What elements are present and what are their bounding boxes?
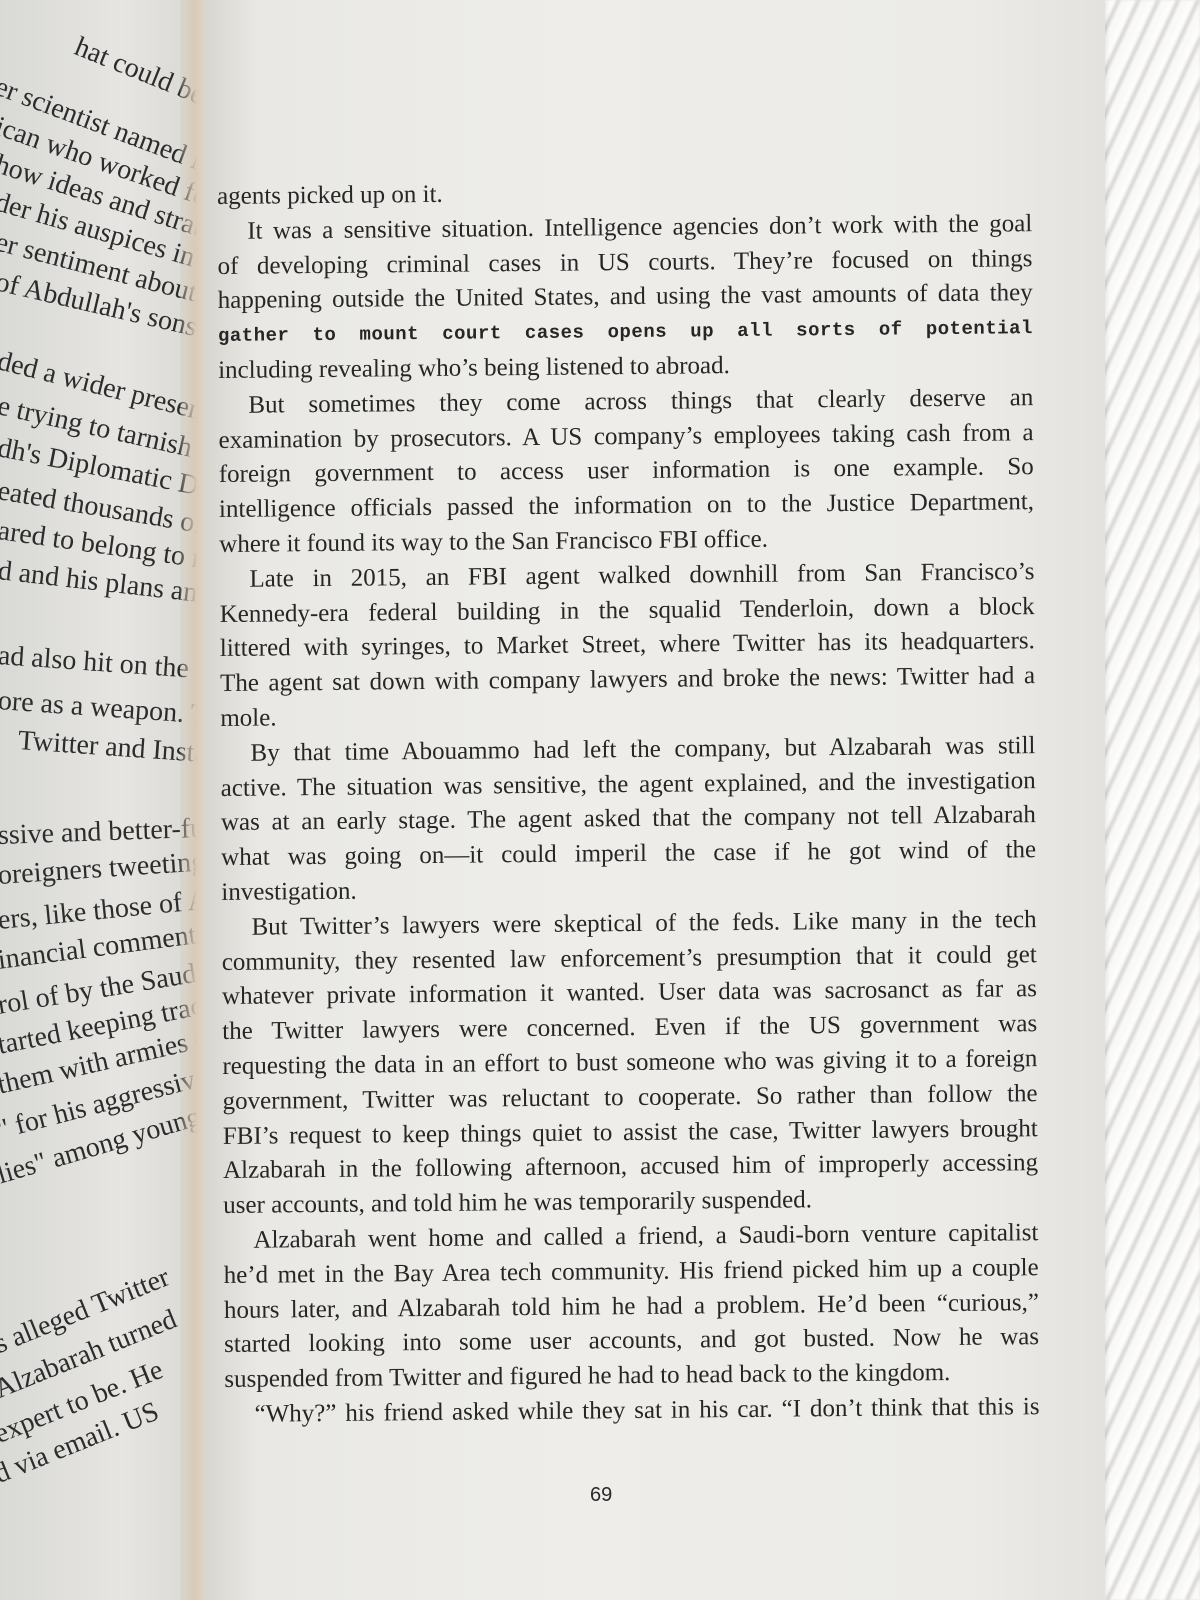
left-page-line: ad also hit on the imp [0,640,205,689]
left-page-line: oreigners tweeting s [0,845,205,892]
book-gutter [180,0,205,1600]
left-page: hat could beer scientist named Naican wh… [0,0,205,1600]
text-line: “Why?” his friend asked while they sat i… [224,1390,1039,1433]
right-page: agents picked up on it.It was a sensitiv… [205,0,1105,1600]
page-body-text: agents picked up on it.It was a sensitiv… [217,172,1040,1432]
fur-background [1090,0,1200,1600]
left-page-line: ssive and better-funde [0,811,205,852]
page-number: 69 [590,1484,612,1507]
left-page-line: Twitter and Instag [17,725,205,771]
